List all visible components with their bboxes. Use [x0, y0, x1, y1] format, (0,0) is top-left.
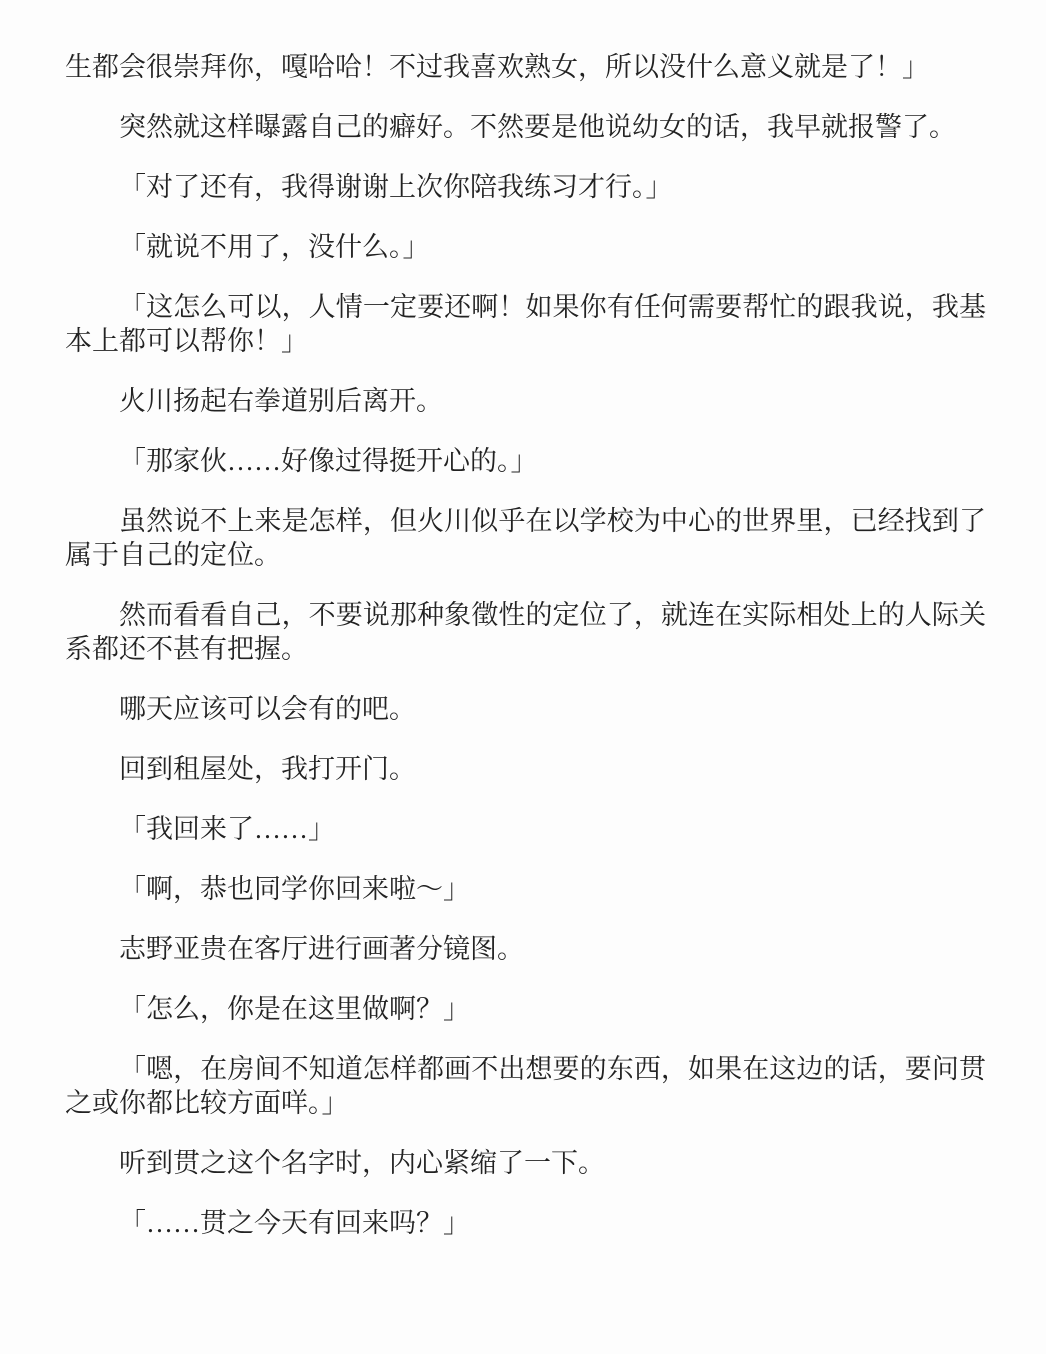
paragraph: 「那家伙……好像过得挺开心的。」 — [65, 444, 986, 478]
paragraph: 生都会很崇拜你，嘎哈哈！不过我喜欢熟女，所以没什么意义就是了！」 — [65, 50, 986, 84]
novel-page: 生都会很崇拜你，嘎哈哈！不过我喜欢熟女，所以没什么意义就是了！」突然就这样曝露自… — [0, 0, 1046, 1354]
paragraph: 突然就这样曝露自己的癖好。不然要是他说幼女的话，我早就报警了。 — [65, 110, 986, 144]
paragraph: 「对了还有，我得谢谢上次你陪我练习才行。」 — [65, 170, 986, 204]
paragraph: 「这怎么可以，人情一定要还啊！如果你有任何需要帮忙的跟我说，我基本上都可以帮你！… — [65, 290, 986, 358]
paragraph: 虽然说不上来是怎样，但火川似乎在以学校为中心的世界里，已经找到了属于自己的定位。 — [65, 504, 986, 572]
paragraph: 「啊，恭也同学你回来啦～」 — [65, 872, 986, 906]
paragraph: 「嗯，在房间不知道怎样都画不出想要的东西，如果在这边的话，要问贯之或你都比较方面… — [65, 1052, 986, 1120]
paragraph: 「就说不用了，没什么。」 — [65, 230, 986, 264]
paragraph: 回到租屋处，我打开门。 — [65, 752, 986, 786]
paragraph: 然而看看自己，不要说那种象徵性的定位了，就连在实际相处上的人际关系都还不甚有把握… — [65, 598, 986, 666]
paragraph: 火川扬起右拳道别后离开。 — [65, 384, 986, 418]
paragraph: 「我回来了……」 — [65, 812, 986, 846]
paragraph: 志野亚贵在客厅进行画著分镜图。 — [65, 932, 986, 966]
paragraph: 「……贯之今天有回来吗？」 — [65, 1206, 986, 1240]
paragraph: 听到贯之这个名字时，内心紧缩了一下。 — [65, 1146, 986, 1180]
paragraph: 哪天应该可以会有的吧。 — [65, 692, 986, 726]
paragraph-list: 生都会很崇拜你，嘎哈哈！不过我喜欢熟女，所以没什么意义就是了！」突然就这样曝露自… — [65, 50, 986, 1240]
paragraph: 「怎么，你是在这里做啊？」 — [65, 992, 986, 1026]
